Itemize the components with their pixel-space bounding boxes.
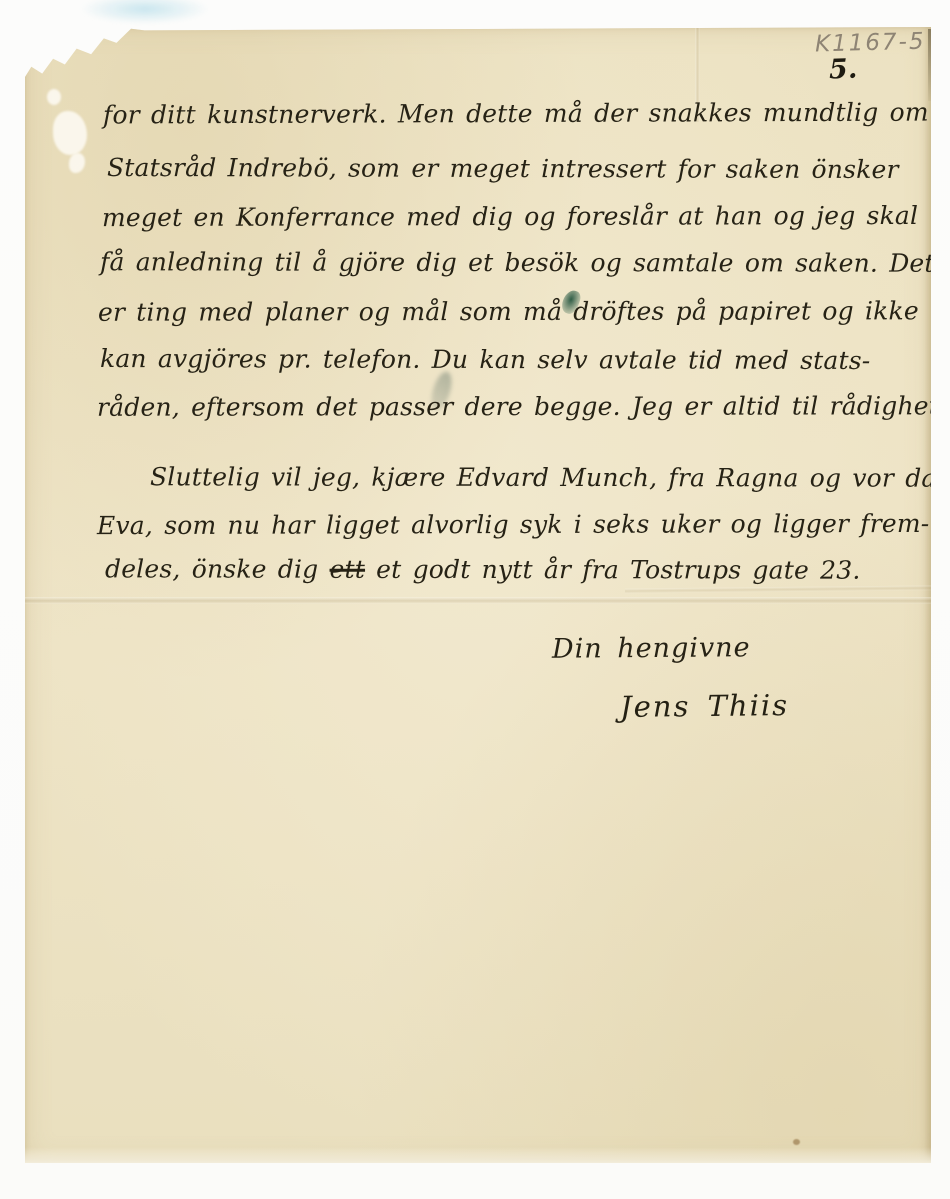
line-10-pre: deles, önske dig xyxy=(105,554,330,583)
paper-speck xyxy=(793,1139,800,1145)
paper-edge-shadow xyxy=(928,29,931,101)
letter-line-1: for ditt kunstnerverk. Men dette må der … xyxy=(103,98,937,130)
paper-damage-spot xyxy=(69,153,85,173)
letter-line-2: Statsråd Indrebö, som er meget intresser… xyxy=(107,153,899,184)
line-10-post: et godt nytt år fra Tostrups gate 23. xyxy=(365,555,861,585)
struck-word: ett xyxy=(330,555,366,584)
letter-line-10: deles, önske dig ett et godt nytt år fra… xyxy=(105,554,861,584)
paper-bottom-edge xyxy=(25,1147,931,1163)
letter-line-3: meget en Konferrance med dig og foreslår… xyxy=(102,201,918,232)
letter-line-5: er ting med planer og mål som må dröftes… xyxy=(98,296,919,326)
paper-damage-spot xyxy=(53,111,87,155)
letter-line-9: Eva, som nu har ligget alvorlig syk i se… xyxy=(97,509,930,540)
archive-code: K1167-5 xyxy=(815,29,926,58)
fold-crease xyxy=(25,597,931,604)
letter-line-7: råden, eftersom det passer dere begge. J… xyxy=(97,391,947,421)
scan-background: K1167-5 5. for ditt kunstnerverk. Men de… xyxy=(0,0,950,1199)
letter-page: K1167-5 5. for ditt kunstnerverk. Men de… xyxy=(25,27,931,1163)
paper-damage-spot xyxy=(47,89,61,105)
letter-line-8: Sluttelig vil jeg, kjære Edvard Munch, f… xyxy=(150,462,950,492)
letter-line-6: kan avgjöres pr. telefon. Du kan selv av… xyxy=(100,344,871,375)
letter-line-4: få anledning til å gjöre dig et besök og… xyxy=(100,247,935,277)
page-number: 5. xyxy=(828,54,857,86)
signature: Jens Thiis xyxy=(620,688,789,724)
scanner-artifact xyxy=(80,0,210,24)
letter-closing: Din hengivne xyxy=(552,632,751,664)
fold-crease xyxy=(625,585,931,593)
